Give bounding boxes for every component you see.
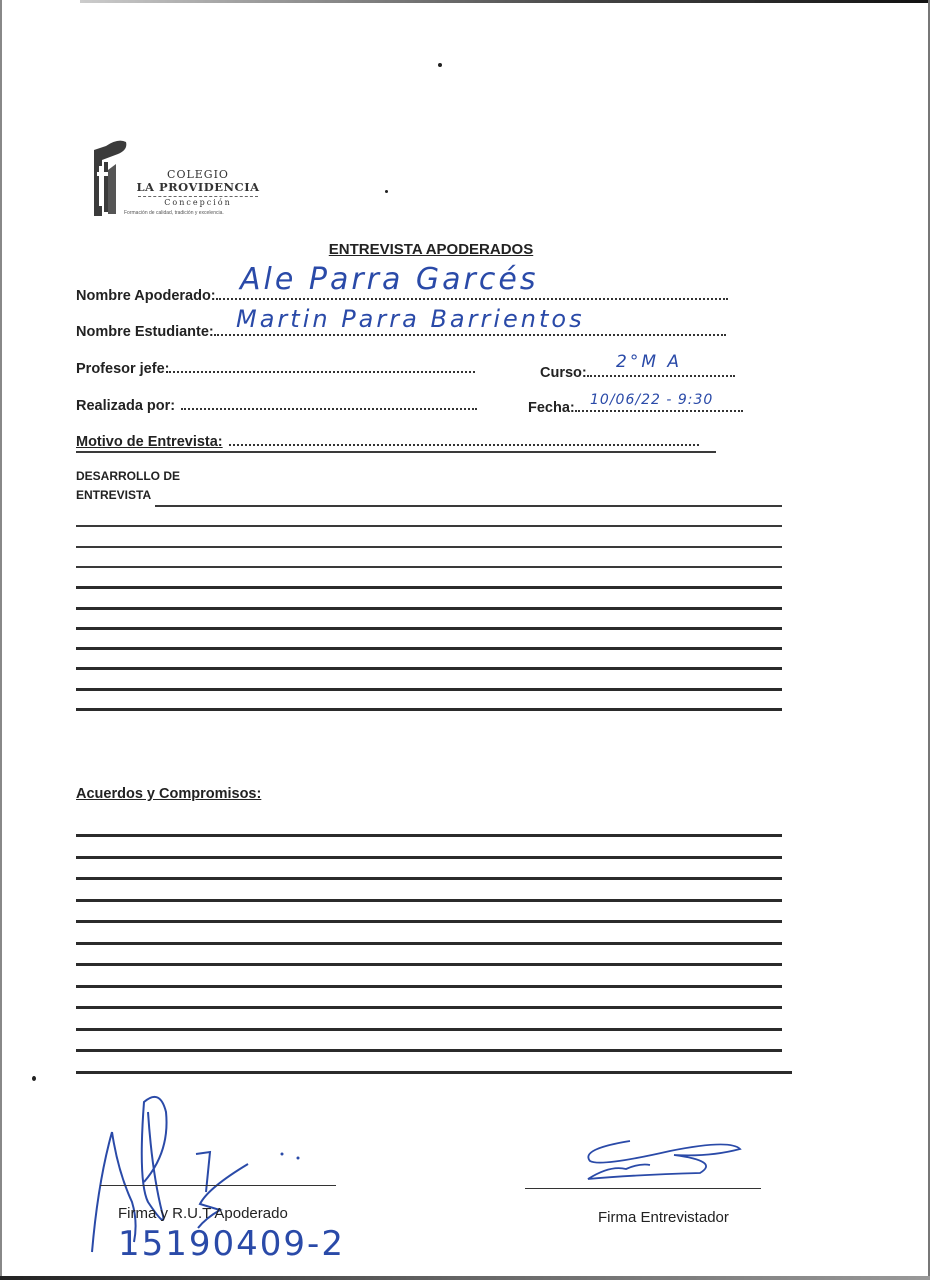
desarrollo-label-line1: DESARROLLO DE [76, 467, 180, 486]
writing-line [76, 647, 782, 650]
field-label: Realizada por: [76, 398, 175, 414]
writing-line [76, 920, 782, 923]
entrevistador-signature-label: Firma Entrevistador [598, 1209, 729, 1226]
school-city: Concepción [128, 198, 268, 208]
field-profesor-jefe[interactable]: Profesor jefe: [76, 359, 475, 377]
writing-line [76, 708, 782, 711]
curso-handwritten-value: 2°M A [616, 352, 682, 372]
writing-line [76, 546, 782, 548]
writing-line [76, 856, 782, 859]
writing-line [76, 566, 782, 568]
scan-edge-left [0, 0, 2, 1280]
writing-line [76, 877, 782, 880]
scan-speck [438, 63, 442, 67]
field-realizada-por[interactable]: Realizada por: [76, 396, 477, 414]
writing-line [76, 899, 782, 902]
desarrollo-label: DESARROLLO DE ENTREVISTA [76, 467, 180, 505]
apoderado-signature-line [100, 1185, 336, 1186]
field-motivo[interactable]: Motivo de Entrevista: [76, 432, 699, 450]
writing-line [76, 1071, 792, 1074]
writing-line [76, 667, 782, 670]
writing-line [76, 607, 782, 610]
writing-line [76, 586, 782, 589]
scan-edge-top [80, 0, 930, 3]
writing-line [76, 525, 782, 527]
writing-line [76, 688, 782, 691]
school-name: COLEGIO LA PROVIDENCIA Concepción [128, 168, 268, 208]
field-label: Nombre Estudiante: [76, 324, 214, 340]
writing-line [76, 1006, 782, 1009]
writing-line [76, 1028, 782, 1031]
motivo-underline [76, 451, 716, 453]
apoderado-signature-label: Firma y R.U.T Apoderado [118, 1205, 288, 1222]
field-label: Curso: [540, 365, 587, 381]
field-label: Nombre Apoderado: [76, 288, 216, 304]
school-crest-icon [88, 140, 130, 218]
field-label: Fecha: [528, 400, 575, 416]
estudiante-handwritten-value: Martin Parra Barrientos [236, 305, 585, 333]
school-logo: COLEGIO LA PROVIDENCIA Concepción Formac… [88, 140, 268, 220]
writing-line [76, 627, 782, 630]
scan-speck [32, 1076, 36, 1081]
writing-line [76, 963, 782, 966]
logo-divider [138, 196, 258, 197]
writing-line [76, 1049, 782, 1052]
field-dotted-line [229, 432, 699, 446]
scan-edge-bottom [0, 1276, 930, 1280]
writing-line [155, 505, 782, 507]
field-label: Profesor jefe: [76, 361, 169, 377]
school-tagline: Formación de calidad, tradición y excele… [124, 210, 224, 216]
entrevistador-signature-line [525, 1188, 761, 1189]
writing-line [76, 834, 782, 837]
entrevistador-signature-scribble [570, 1135, 750, 1185]
acuerdos-label: Acuerdos y Compromisos: [76, 786, 261, 802]
fecha-handwritten-value: 10/06/22 - 9:30 [590, 392, 713, 408]
rut-handwritten-value: 15190409-2 [118, 1224, 345, 1264]
school-name-line2: LA PROVIDENCIA [128, 181, 268, 194]
field-dotted-line [181, 396, 477, 410]
field-dotted-line [169, 359, 475, 373]
field-label: Motivo de Entrevista: [76, 434, 223, 450]
apoderado-handwritten-value: Ale Parra Garcés [240, 262, 538, 297]
desarrollo-label-line2: ENTREVISTA [76, 486, 180, 505]
form-title: ENTREVISTA APODERADOS [0, 241, 862, 258]
writing-line [76, 942, 782, 945]
scan-speck [385, 190, 388, 193]
writing-line [76, 985, 782, 988]
